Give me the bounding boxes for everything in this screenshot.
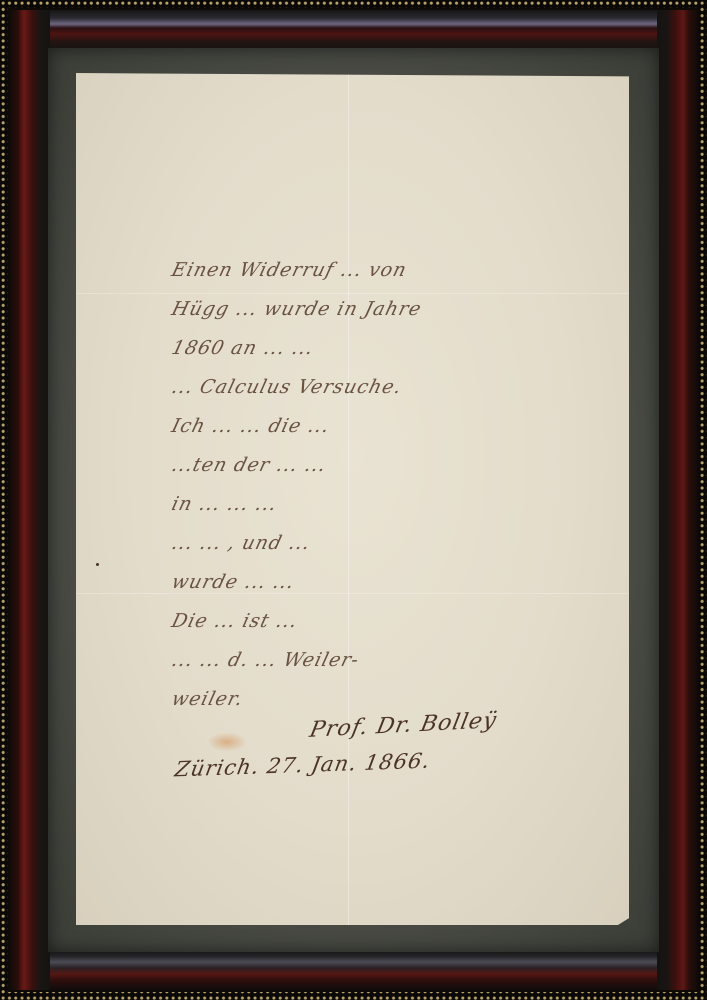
frame-rail-left <box>10 10 50 990</box>
letter-line: 1860 an ... ... <box>167 329 617 368</box>
letter-body: Einen Widerruf ... von Hügg ... wurde in… <box>172 251 612 719</box>
place-date-line: Zürich. 27. Jan. 1866. <box>173 749 433 782</box>
letter-line: wurde ... ... <box>167 563 617 602</box>
letter-line: ... Calculus Versuche. <box>167 368 617 407</box>
paper-stain <box>208 733 246 751</box>
letter-line: in ... ... ... <box>167 485 617 524</box>
letter-line: ...ten der ... ... <box>167 446 617 485</box>
letter-line: ... ... d. ... Weiler- <box>167 641 617 680</box>
ink-dot <box>96 563 99 566</box>
letter-line: ... ... , und ... <box>167 524 617 563</box>
frame-rail-top <box>10 10 697 50</box>
letter-line: Ich ... ... die ... <box>167 407 617 446</box>
letter-line: Einen Widerruf ... von <box>167 251 617 290</box>
frame-rail-bottom <box>10 950 697 990</box>
letter-line: Hügg ... wurde in Jahre <box>167 290 617 329</box>
letter-paper: Einen Widerruf ... von Hügg ... wurde in… <box>76 73 629 925</box>
frame-rail-right <box>657 10 697 990</box>
picture-frame: Einen Widerruf ... von Hügg ... wurde in… <box>0 0 707 1000</box>
letter-line: Die ... ist ... <box>167 602 617 641</box>
